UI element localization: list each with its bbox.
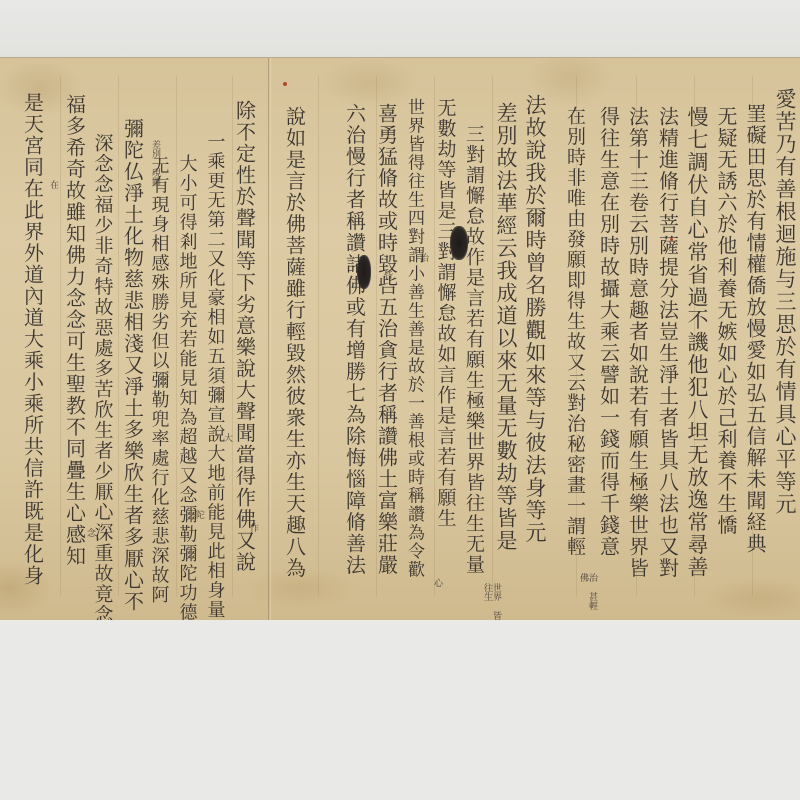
text-column-23: 福多希奇故雖知佛力念念可生聖教不同疊生心感知: [62, 94, 86, 567]
text-column-7: 得往生意在別時故攝大乘云譬如一錢而得千錢意: [596, 106, 620, 558]
text-column-3: 无疑无誘六於他利養无嫉如心於己利養不生憍: [714, 106, 738, 536]
text-column-16: 說如是言於佛菩薩雖行輕毀然彼衆生亦生天趣八為: [282, 106, 306, 579]
interlinear-note: 念: [85, 528, 94, 537]
text-column-1: 愛苦乃有善根迴施与三思於有情具心平等元: [772, 88, 797, 516]
text-column-10: 差別故法華經云我成道以來无量无數劫等皆是: [493, 102, 518, 552]
ruling-line: [118, 76, 119, 596]
text-column-12: 无數劫等皆是三對謂懈怠故如言作是言若有願生: [434, 98, 457, 529]
interlinear-note: 呰: [382, 270, 391, 279]
text-column-21: 彌陀仏淨土化物慈悲相淺又淨土多樂欣生者多厭心不: [120, 118, 144, 613]
text-column-2: 罣礙田思於有情權僑放慢愛如弘五信解未聞経典: [743, 103, 767, 555]
text-column-19: 大小可得剎地所見充若能見知為超越又念彌勒彌陀功德: [176, 154, 197, 622]
ruling-line: [60, 76, 61, 596]
text-column-17: 除不定性於聲聞等下劣意樂說大聲聞當得作佛又說: [232, 100, 256, 573]
interlinear-note: 治 甚輕 佛: [578, 573, 596, 621]
text-column-24: 是天宮同在此界外道內道大乘小乘所共信許既是化身: [20, 92, 44, 587]
text-column-14: 喜勇猛脩故或時毀呰五治貪行者稱讚佛土富樂莊嚴: [374, 103, 398, 576]
paper-joint-seam: [268, 58, 269, 621]
red-correction-mark: [283, 82, 287, 86]
interlinear-note: 心: [432, 578, 441, 587]
interlinear-note: 伏: [752, 244, 761, 253]
ruling-line: [318, 76, 319, 596]
background-bottom: [0, 620, 800, 800]
text-column-13: 世界皆得往生四對謂小善生善是故於一善根或時稱讚為令歡: [404, 98, 423, 579]
text-column-4: 慢七調伏自心常省過不譏他犯八坦无放逸常尋善: [684, 106, 709, 579]
interlinear-note: 大: [222, 433, 231, 442]
text-column-11: 三對謂懈怠故作是言若有願生極樂世界皆往生无量: [463, 124, 485, 575]
paper-joint-seam-highlight: [270, 58, 271, 621]
background-top: [0, 0, 800, 57]
text-column-9: 法故說我於爾時曾名勝觀如來等与彼法身等元: [522, 94, 547, 544]
text-column-6: 法第十三卷云別時意趣者如說若有願生極樂世界皆: [625, 106, 649, 579]
text-column-8: 在別時非唯由發願即得生故又云對治秘密畫一謂輕: [564, 106, 586, 557]
interlinear-note: 在: [48, 180, 57, 189]
interlinear-note: 治: [418, 253, 427, 262]
text-column-20: 无有現身相感殊勝劣但以彌勒兜率處行化慈悲深故阿: [148, 156, 169, 605]
text-column-18: 一乘更无第二又化豪相如五須彌宣說大地前能見此相身量: [204, 132, 225, 620]
text-column-15: 六治慢行者稱讚諸佛或有增勝七為除悔惱障脩善法: [342, 103, 366, 576]
interlinear-note: 陀: [194, 510, 203, 519]
ink-blot: [450, 226, 468, 260]
text-column-5: 法精進脩行菩薩提分法豈生淨土者皆具八法也又對: [655, 106, 679, 579]
text-column-22: 深念念福少非奇特故惡處多苦欣生者少厭心深重故竟念: [91, 133, 113, 625]
sutra-scroll: 愛苦乃有善根迴施与三思於有情具心平等元 罣礙田思於有情權僑放慢愛如弘五信解未聞経…: [0, 57, 800, 622]
interlinear-note: 差別 現圖: [150, 140, 159, 186]
ink-blot: [357, 255, 371, 289]
interlinear-note: 作: [248, 523, 257, 532]
interlinear-note: 世界 皆往生: [482, 583, 500, 621]
red-correction-mark: [670, 238, 673, 241]
